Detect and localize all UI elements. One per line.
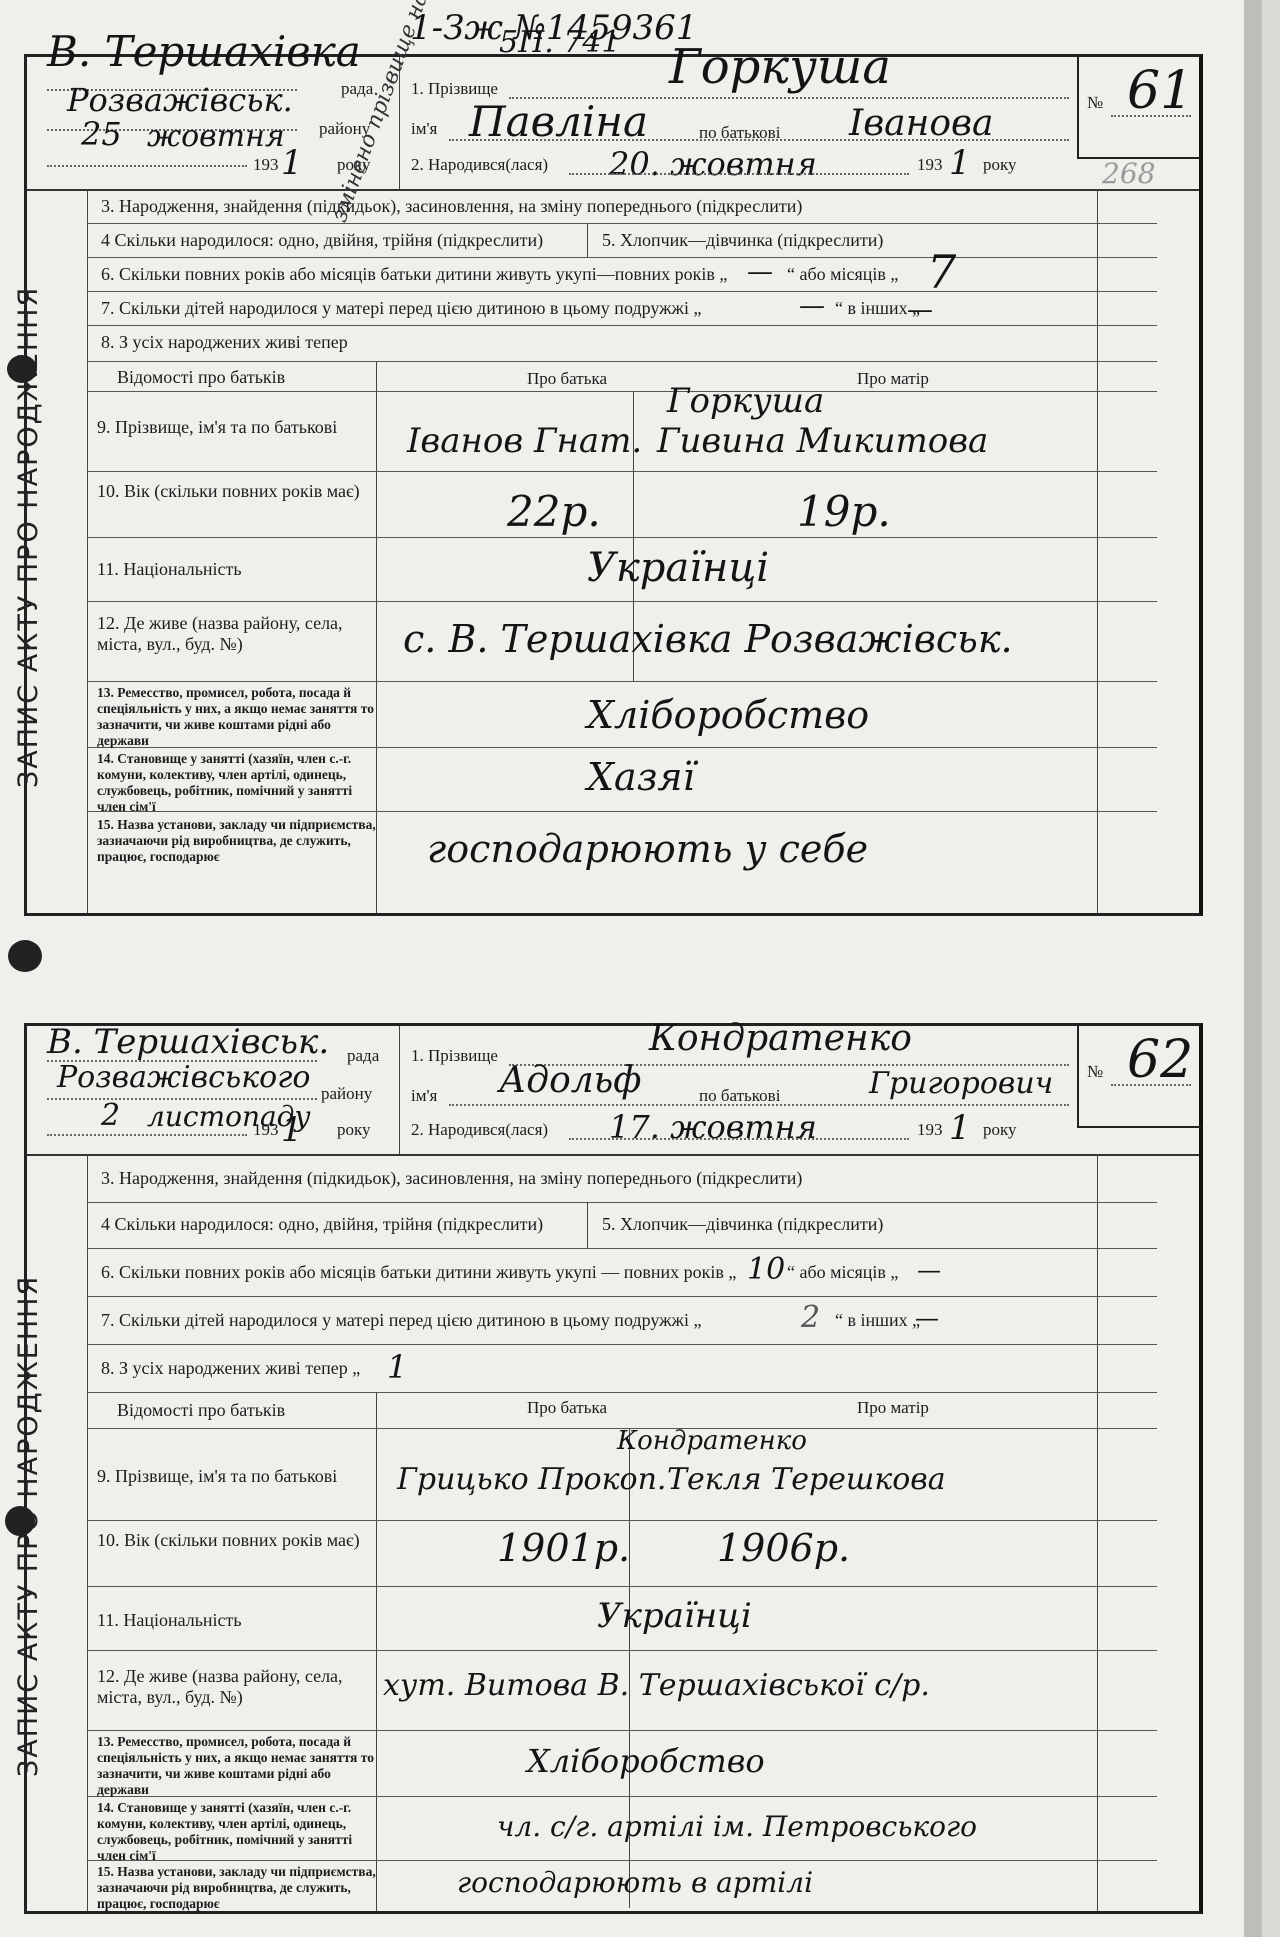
label-14: 14. Становище у занятті (хазяїн, член с.… xyxy=(97,1800,382,1864)
row-8-text: 8. З усіх народжених живі тепер „ xyxy=(101,1358,360,1379)
workplace: господарюють у себе xyxy=(427,827,868,871)
row-5-text: 5. Хлопчик—дівчинка (підкреслити) xyxy=(602,230,883,251)
reg-year-label: року xyxy=(337,1120,371,1140)
father-name: Грицько Прокоп. xyxy=(397,1462,666,1497)
council-label: рада xyxy=(347,1046,379,1066)
mother-column-header: Про матір xyxy=(857,369,929,389)
council-label: рада xyxy=(341,79,373,99)
label-15: 15. Назва установи, закладу чи підприємс… xyxy=(97,1864,382,1912)
ink-stain xyxy=(7,355,37,383)
district-label: району xyxy=(321,1084,372,1104)
reg-year-digit: 1 xyxy=(281,1110,303,1150)
birth-record-62: ЗАПИС АКТУ ПРО НАРОДЖЕННЯ В. Тершахівськ… xyxy=(24,1023,1203,1914)
council-value: В. Тершахівка xyxy=(47,27,361,76)
reg-year-digit: 1 xyxy=(281,143,303,183)
father-name: Іванов Гнат. xyxy=(407,421,642,461)
parents-header-row: Відомості про батьків Про батька Про мат… xyxy=(87,1392,1157,1429)
label-11: 11. Національність xyxy=(97,1610,382,1631)
row-7-this: 2 xyxy=(801,1300,820,1335)
nationality: Українці xyxy=(597,1596,752,1636)
patronymic-label: по батькові xyxy=(699,1086,780,1106)
header-child-info: 1. Прізвище Кондратенко ім'я Адольф по б… xyxy=(399,1026,1097,1158)
reg-day: 2 xyxy=(101,1098,120,1133)
page-edge xyxy=(1244,0,1262,1937)
row-7: 7. Скільки дітей народилося у матері пер… xyxy=(87,291,1157,326)
label-12: 12. Де живе (назва району, села, міста, … xyxy=(97,613,382,655)
row-6-years: — xyxy=(747,257,773,287)
record-number-box: № 62 xyxy=(1077,1026,1201,1128)
name-label: ім'я xyxy=(411,1086,437,1106)
label-13: 13. Ремесство, промисел, робота, посада … xyxy=(97,1734,382,1798)
born-label: 2. Народився(лася) xyxy=(411,1120,548,1140)
row-7-other: — xyxy=(907,295,933,325)
workplace: господарюють в артілі xyxy=(457,1866,813,1899)
row-3-text: 3. Народження, знайдення (підкидьок), за… xyxy=(101,196,802,217)
row-8: 8. З усіх народжених живі тепер xyxy=(87,325,1157,362)
row-7: 7. Скільки дітей народилося у матері пер… xyxy=(87,1296,1157,1345)
row-4-text: 4 Скільки народилося: одно, двійня, трій… xyxy=(101,1214,543,1235)
father-age: 1901р. xyxy=(497,1526,630,1570)
record-header: В. Тершахівськ. рада Розважівського райо… xyxy=(27,1026,1199,1156)
pencil-mark: 268 xyxy=(1102,157,1155,190)
surname-extra: 5П. 741 xyxy=(499,25,621,60)
ink-stain xyxy=(8,940,42,972)
row-7-this: — xyxy=(799,291,825,321)
label-10: 10. Вік (скільки повних років має) xyxy=(97,481,382,502)
row-7-text: 7. Скільки дітей народилося у матері пер… xyxy=(101,1310,701,1331)
birth-year-prefix: 193 xyxy=(917,155,943,175)
surname-label: 1. Прізвище xyxy=(411,1046,498,1066)
header-child-info: 1. Прізвище 5П. 741 Горкуша ім'я Павліна… xyxy=(399,57,1097,189)
birth-date: 20. жовтня xyxy=(609,145,817,183)
reg-year-prefix: 193 xyxy=(253,1120,279,1140)
child-name: Адольф xyxy=(499,1060,641,1101)
name-label: ім'я xyxy=(411,119,437,139)
residence: хут. Витова В. Тершахівської с/р. xyxy=(383,1668,930,1703)
row-6-months-label: “ або місяців „ xyxy=(787,264,898,285)
row-7-other: — xyxy=(915,1304,939,1332)
row-6-text: 6. Скільки повних років або місяців бать… xyxy=(101,1262,736,1283)
number-label: № xyxy=(1087,1062,1103,1082)
father-column-header: Про батька xyxy=(527,369,607,389)
child-surname: Кондратенко xyxy=(649,1018,912,1059)
mother-name: Гивина Микитова xyxy=(657,421,988,461)
record-number-box: № 61 xyxy=(1077,57,1201,159)
district-value: Розважівськ. xyxy=(67,81,293,119)
occupation: Хліборобство xyxy=(527,1742,765,1780)
row-8-text: 8. З усіх народжених живі тепер xyxy=(101,332,348,353)
row-6-text: 6. Скільки повних років або місяців бать… xyxy=(101,264,727,285)
label-10: 10. Вік (скільки повних років має) xyxy=(97,1530,382,1551)
mother-age: 1906р. xyxy=(717,1526,850,1570)
row-8: 8. З усіх народжених живі тепер „ 1 xyxy=(87,1344,1157,1393)
nationality: Українці xyxy=(587,545,769,591)
father-column-header: Про батька xyxy=(527,1398,607,1418)
row-6-months: — xyxy=(917,1256,941,1284)
record-number: 61 xyxy=(1127,61,1193,121)
record-header: В. Тершахівка рада Розважівськ. району 2… xyxy=(27,57,1199,191)
birth-year-digit: 1 xyxy=(949,1108,971,1148)
council-value: В. Тершахівськ. xyxy=(47,1022,329,1062)
district-value: Розважівського xyxy=(57,1060,310,1095)
row-3: 3. Народження, знайдення (підкидьок), за… xyxy=(87,1154,1157,1203)
row-3-text: 3. Народження, знайдення (підкидьок), за… xyxy=(101,1168,802,1189)
row-8-value: 1 xyxy=(387,1348,407,1386)
mother-column-header: Про матір xyxy=(857,1398,929,1418)
row-6: 6. Скільки повних років або місяців бать… xyxy=(87,257,1157,292)
label-11: 11. Національність xyxy=(97,559,382,580)
row-7-text: 7. Скільки дітей народилося у матері пер… xyxy=(101,298,701,319)
parents-header-label: Відомості про батьків xyxy=(117,367,285,388)
reg-month: жовтня xyxy=(147,119,285,154)
occupation-status: чл. с/г. артілі ім. Петровського xyxy=(497,1810,977,1843)
label-14: 14. Становище у занятті (хазяїн, член с.… xyxy=(97,751,382,815)
row-6-years: 10 xyxy=(747,1252,785,1287)
row-4-text: 4 Скільки народилося: одно, двійня, трій… xyxy=(101,230,543,251)
child-patronymic: Іванова xyxy=(849,103,993,144)
mother-age: 19р. xyxy=(797,487,891,536)
child-surname: Горкуша xyxy=(669,39,891,95)
birth-record-61: ЗАПИС АКТУ ПРО НАРОДЖЕННЯ В. Тершахівка … xyxy=(24,54,1203,916)
ink-stain xyxy=(5,1506,35,1536)
label-13: 13. Ремесство, промисел, робота, посада … xyxy=(97,685,382,749)
birth-year-label: року xyxy=(983,155,1017,175)
parents-header-label: Відомості про батьків xyxy=(117,1400,285,1421)
label-9: 9. Прізвище, ім'я та по батькові xyxy=(97,417,382,438)
label-9: 9. Прізвище, ім'я та по батькові xyxy=(97,1466,382,1487)
document-page: 1-Зж №1459361 ЗАПИС АКТУ ПРО НАРОДЖЕННЯ … xyxy=(0,0,1262,1937)
birth-year-digit: 1 xyxy=(949,143,971,183)
reg-year-prefix: 193 xyxy=(253,155,279,175)
occupation-status: Хазяї xyxy=(587,755,695,799)
birth-year-prefix: 193 xyxy=(917,1120,943,1140)
residence: с. В. Тершахівка Розважівськ. xyxy=(403,617,1013,661)
child-patronymic: Григорович xyxy=(869,1066,1053,1101)
birth-date: 17. жовтня xyxy=(609,1108,817,1146)
row-3: 3. Народження, знайдення (підкидьок), за… xyxy=(87,189,1157,224)
number-label: № xyxy=(1087,93,1103,113)
parents-header-row: Відомості про батьків Про батька Про мат… xyxy=(87,361,1157,392)
birth-year-label: року xyxy=(983,1120,1017,1140)
row-4-5: 4 Скільки народилося: одно, двійня, трій… xyxy=(87,1202,1157,1249)
father-age: 22р. xyxy=(507,487,601,536)
label-12: 12. Де живе (назва району, села, міста, … xyxy=(97,1666,382,1708)
row-5-text: 5. Хлопчик—дівчинка (підкреслити) xyxy=(602,1214,883,1235)
born-label: 2. Народився(лася) xyxy=(411,155,548,175)
header-left: В. Тершахівськ. рада Розважівського райо… xyxy=(27,1026,400,1154)
row-7-other-label: “ в інших „ xyxy=(835,1310,920,1331)
row-6-months-label: “ або місяців „ xyxy=(787,1262,898,1283)
side-title: ЗАПИС АКТУ ПРО НАРОДЖЕННЯ xyxy=(13,257,53,817)
reg-day: 25 xyxy=(81,115,122,153)
row-4-5: 4 Скільки народилося: одно, двійня, трій… xyxy=(87,223,1157,258)
occupation: Хліборобство xyxy=(587,693,869,737)
label-15: 15. Назва установи, закладу чи підприємс… xyxy=(97,817,382,865)
surname-label: 1. Прізвище xyxy=(411,79,498,99)
mother-name: Текля Терешкова xyxy=(667,1462,946,1497)
record-number: 62 xyxy=(1127,1030,1193,1090)
row-6: 6. Скільки повних років або місяців бать… xyxy=(87,1248,1157,1297)
